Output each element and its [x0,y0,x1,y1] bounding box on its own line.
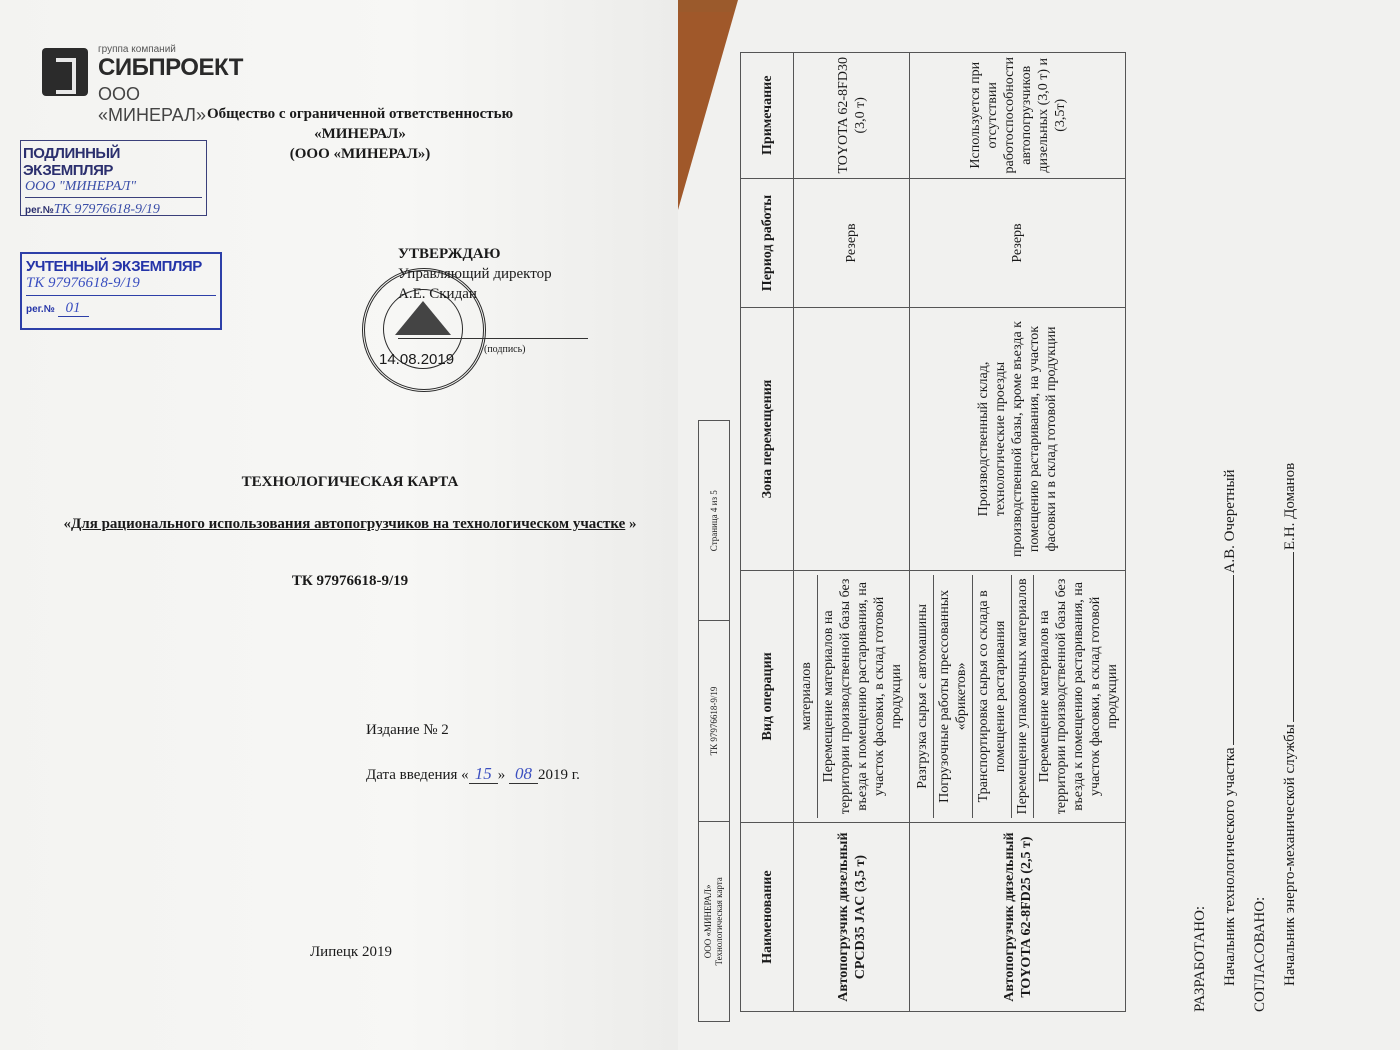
signoff-block: РАЗРАБОТАНО: Начальник технологического … [1190,292,1310,1012]
running-header-page: Страница 4 из 5 [699,421,729,620]
agreed-label: СОГЛАСОВАНО: [1250,292,1280,1012]
operation-item: материалов [796,575,818,819]
cell-zone [794,308,910,570]
reg-value: ТК 97976618-9/19 [54,202,160,217]
table-row: Автопогрузчик дизельный TOYOTA 62-8FD25 … [910,53,1126,1012]
cell-period: Резерв [794,178,910,308]
quote-close: » [625,516,636,532]
approval-heading: УТВЕРЖДАЮ [398,244,598,264]
operation-item: Погрузочные работы прессованных «брикето… [934,575,973,819]
quote-close: » [498,767,506,783]
org-line-1: Общество с ограниченной ответственностью [150,104,570,124]
column-header-zone: Зона перемещения [741,308,794,570]
running-header: ООО «МИНЕРАЛ»Технологическая карта ТК 97… [698,420,730,1022]
column-header-name: Наименование [741,823,794,1012]
intro-month: 08 [509,764,538,784]
original-copy-stamp: ПОДЛИННЫЙ ЭКЗЕМПЛЯР ООО "МИНЕРАЛ" рег.№Т… [20,140,207,216]
agreed-name: Е.Н. Доманов [1282,463,1298,550]
intro-year: 2019 г. [538,767,580,783]
edition-number: Издание № 2 [366,722,449,739]
reg-label: рег.№ [26,304,55,315]
stamp-reg: рег.№ТК 97976618-9/19 [21,198,206,222]
signature-caption: (подпись) [484,340,526,360]
operations-table: Наименование Вид операции Зона перемещен… [740,52,1126,1012]
seal-pyramid-icon [395,301,451,335]
column-header-operation: Вид операции [741,570,794,823]
cell-name: Автопогрузчик дизельный TOYOTA 62-8FD25 … [910,823,1126,1012]
operation-item: Перемещение материалов на территории про… [818,575,907,819]
rotated-table-block: ООО «МИНЕРАЛ»Технологическая карта ТК 97… [740,52,1126,1012]
stamp-handwritten-code: ТК 97976618-9/19 [26,275,216,296]
operation-item: Транспортировка сырья со склада в помеще… [973,575,1012,819]
organization-name: Общество с ограниченной ответственностью… [150,104,570,164]
operation-item: Разгрузка сырья с автомашины [912,575,934,819]
document-code: ТК 97976618-9/19 [30,573,670,590]
cell-note: Используется при отсутствии работоспособ… [910,53,1126,179]
city-year: Липецк 2019 [310,944,392,961]
approver-name: А.Е. Скидан [398,284,598,304]
intro-day: 15 [469,764,498,784]
document-title: ТЕХНОЛОГИЧЕСКАЯ КАРТА [30,474,670,491]
stamp-title: УЧТЕННЫЙ ЭКЗЕМПЛЯР [22,254,220,275]
developed-label: РАЗРАБОТАНО: [1190,292,1220,1012]
org-line-2: «МИНЕРАЛ» [150,124,570,144]
seal-date: 14.08.2019 [379,351,454,368]
subtitle-text: Для рационального использования автопогр… [71,516,625,532]
running-header-code: ТК 97976618-9/19 [699,620,729,820]
cell-zone: Производственный склад, технологические … [910,308,1126,570]
header-doc-type: Технологическая карта [714,877,724,965]
cell-note: TOYOTA 62-8FD30 (3,0 т) [794,53,910,179]
cell-period: Резерв [910,178,1126,308]
stamp-title: ПОДЛИННЫЙ ЭКЗЕМПЛЯР [21,141,206,179]
signature-line [1233,575,1234,745]
accounted-copy-stamp: УЧТЕННЫЙ ЭКЗЕМПЛЯР ТК 97976618-9/19 рег.… [20,252,222,330]
developed-name: А.В. Очеретный [1222,469,1238,573]
introduction-date: Дата введения «15» 082019 г. [366,764,580,784]
quote-open: « [63,516,71,532]
signature-line [1293,552,1294,722]
intro-date-label: Дата введения « [366,767,469,783]
cell-operations: материалов Перемещение материалов на тер… [794,570,910,823]
column-header-note: Примечание [741,53,794,179]
cell-operations: Разгрузка сырья с автомашины Погрузочные… [910,570,1126,823]
approver-position: Управляющий директор [398,264,598,284]
running-header-org: ООО «МИНЕРАЛ»Технологическая карта [699,821,729,1021]
stamp-reg: рег.№ 01 [22,296,220,321]
approval-block: УТВЕРЖДАЮ Управляющий директор А.Е. Скид… [398,244,598,304]
reg-value: 01 [58,300,89,317]
operation-item: Перемещение материалов на территории про… [1034,575,1123,819]
table-header-row: Наименование Вид операции Зона перемещен… [741,53,794,1012]
logo-mark-icon [42,48,88,96]
table-row: Автопогрузчик дизельный CPCD35 JAC (3,5 … [794,53,910,1012]
developed-signature-row: Начальник технологического участкаА.В. О… [1220,292,1250,1012]
operation-item: Перемещение упаковочных материалов [1012,575,1034,819]
agreed-signature-row: Начальник энерго-механической службыЕ.Н.… [1280,292,1310,1012]
agreed-position: Начальник энерго-механической службы [1282,724,1298,986]
header-org: ООО «МИНЕРАЛ» [703,884,713,958]
stamp-handwritten-org: ООО "МИНЕРАЛ" [25,179,202,198]
org-line-3: (ООО «МИНЕРАЛ») [150,144,570,164]
reg-label: рег.№ [25,205,54,216]
cell-name: Автопогрузчик дизельный CPCD35 JAC (3,5 … [794,823,910,1012]
document-subtitle: «Для рационального использования автопог… [40,514,660,534]
company-logo: группа компаний СИБПРОЕКТ ООО «МИНЕРАЛ» [42,44,252,104]
logo-brand: СИБПРОЕКТ [98,54,243,82]
column-header-period: Период работы [741,178,794,308]
title-page: группа компаний СИБПРОЕКТ ООО «МИНЕРАЛ» … [0,0,678,1050]
developed-position: Начальник технологического участка [1222,747,1238,986]
signature-line [398,338,588,339]
